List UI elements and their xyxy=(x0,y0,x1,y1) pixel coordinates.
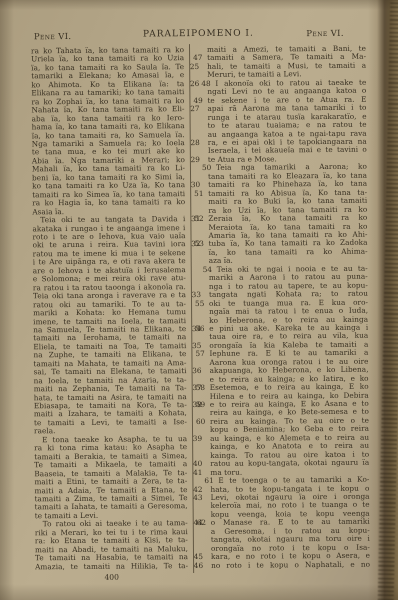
right-column: maiti a Amezi, te tamaiti a Bani, tetama… xyxy=(207,45,370,570)
verse-number: 59 xyxy=(196,401,205,410)
verse-number: 49 xyxy=(193,97,202,106)
verse-number: 60 xyxy=(196,418,205,427)
verse-number: 47 xyxy=(193,54,202,63)
text-line: no roto i te kopu o Naphatali, e no xyxy=(211,560,370,570)
verse-number: 55 xyxy=(195,300,204,309)
verse-number: 46 xyxy=(194,562,203,571)
verse-number: 36 xyxy=(192,367,201,376)
line-text: no roto i te kopu o Naphatali, e no xyxy=(211,559,370,569)
verse-number: 43 xyxy=(193,494,202,503)
verse-number: 57 xyxy=(195,350,204,359)
page-number: 400 xyxy=(35,572,188,582)
line-text: Amazia, te tamaiti na Hilikia, Te ta- xyxy=(35,561,188,571)
verse-number: 53 xyxy=(195,240,204,249)
page-scan: Pene VI. PARALEIPOMENO I. Pene VI. ra ko… xyxy=(0,0,398,600)
verse-number: 62 xyxy=(197,519,206,528)
verse-number: 27 xyxy=(190,105,199,114)
text-line: Amazia, te tamaiti na Hilikia, Te ta-46 xyxy=(35,562,188,572)
verse-number: 29 xyxy=(191,156,200,165)
page-header: Pene VI. PARALEIPOMENO I. Pene VI. xyxy=(0,27,396,42)
verse-number: 51 xyxy=(194,190,203,199)
book-photo: { "page": { "header": { "left": "Pene VI… xyxy=(0,0,398,600)
verse-number: 41 xyxy=(193,469,202,478)
verse-number: 56 xyxy=(195,325,204,334)
verse-number: 52 xyxy=(194,215,203,224)
verse-number: 58 xyxy=(196,384,205,393)
left-column: ra ko Tahata ïa, ko tana tamaiti ra koUr… xyxy=(31,46,188,571)
running-head-right: Pene VI. xyxy=(306,28,344,38)
verse-number: 39 xyxy=(185,435,202,444)
verse-number: 28 xyxy=(190,139,199,148)
verse-number: 25 xyxy=(190,63,199,72)
